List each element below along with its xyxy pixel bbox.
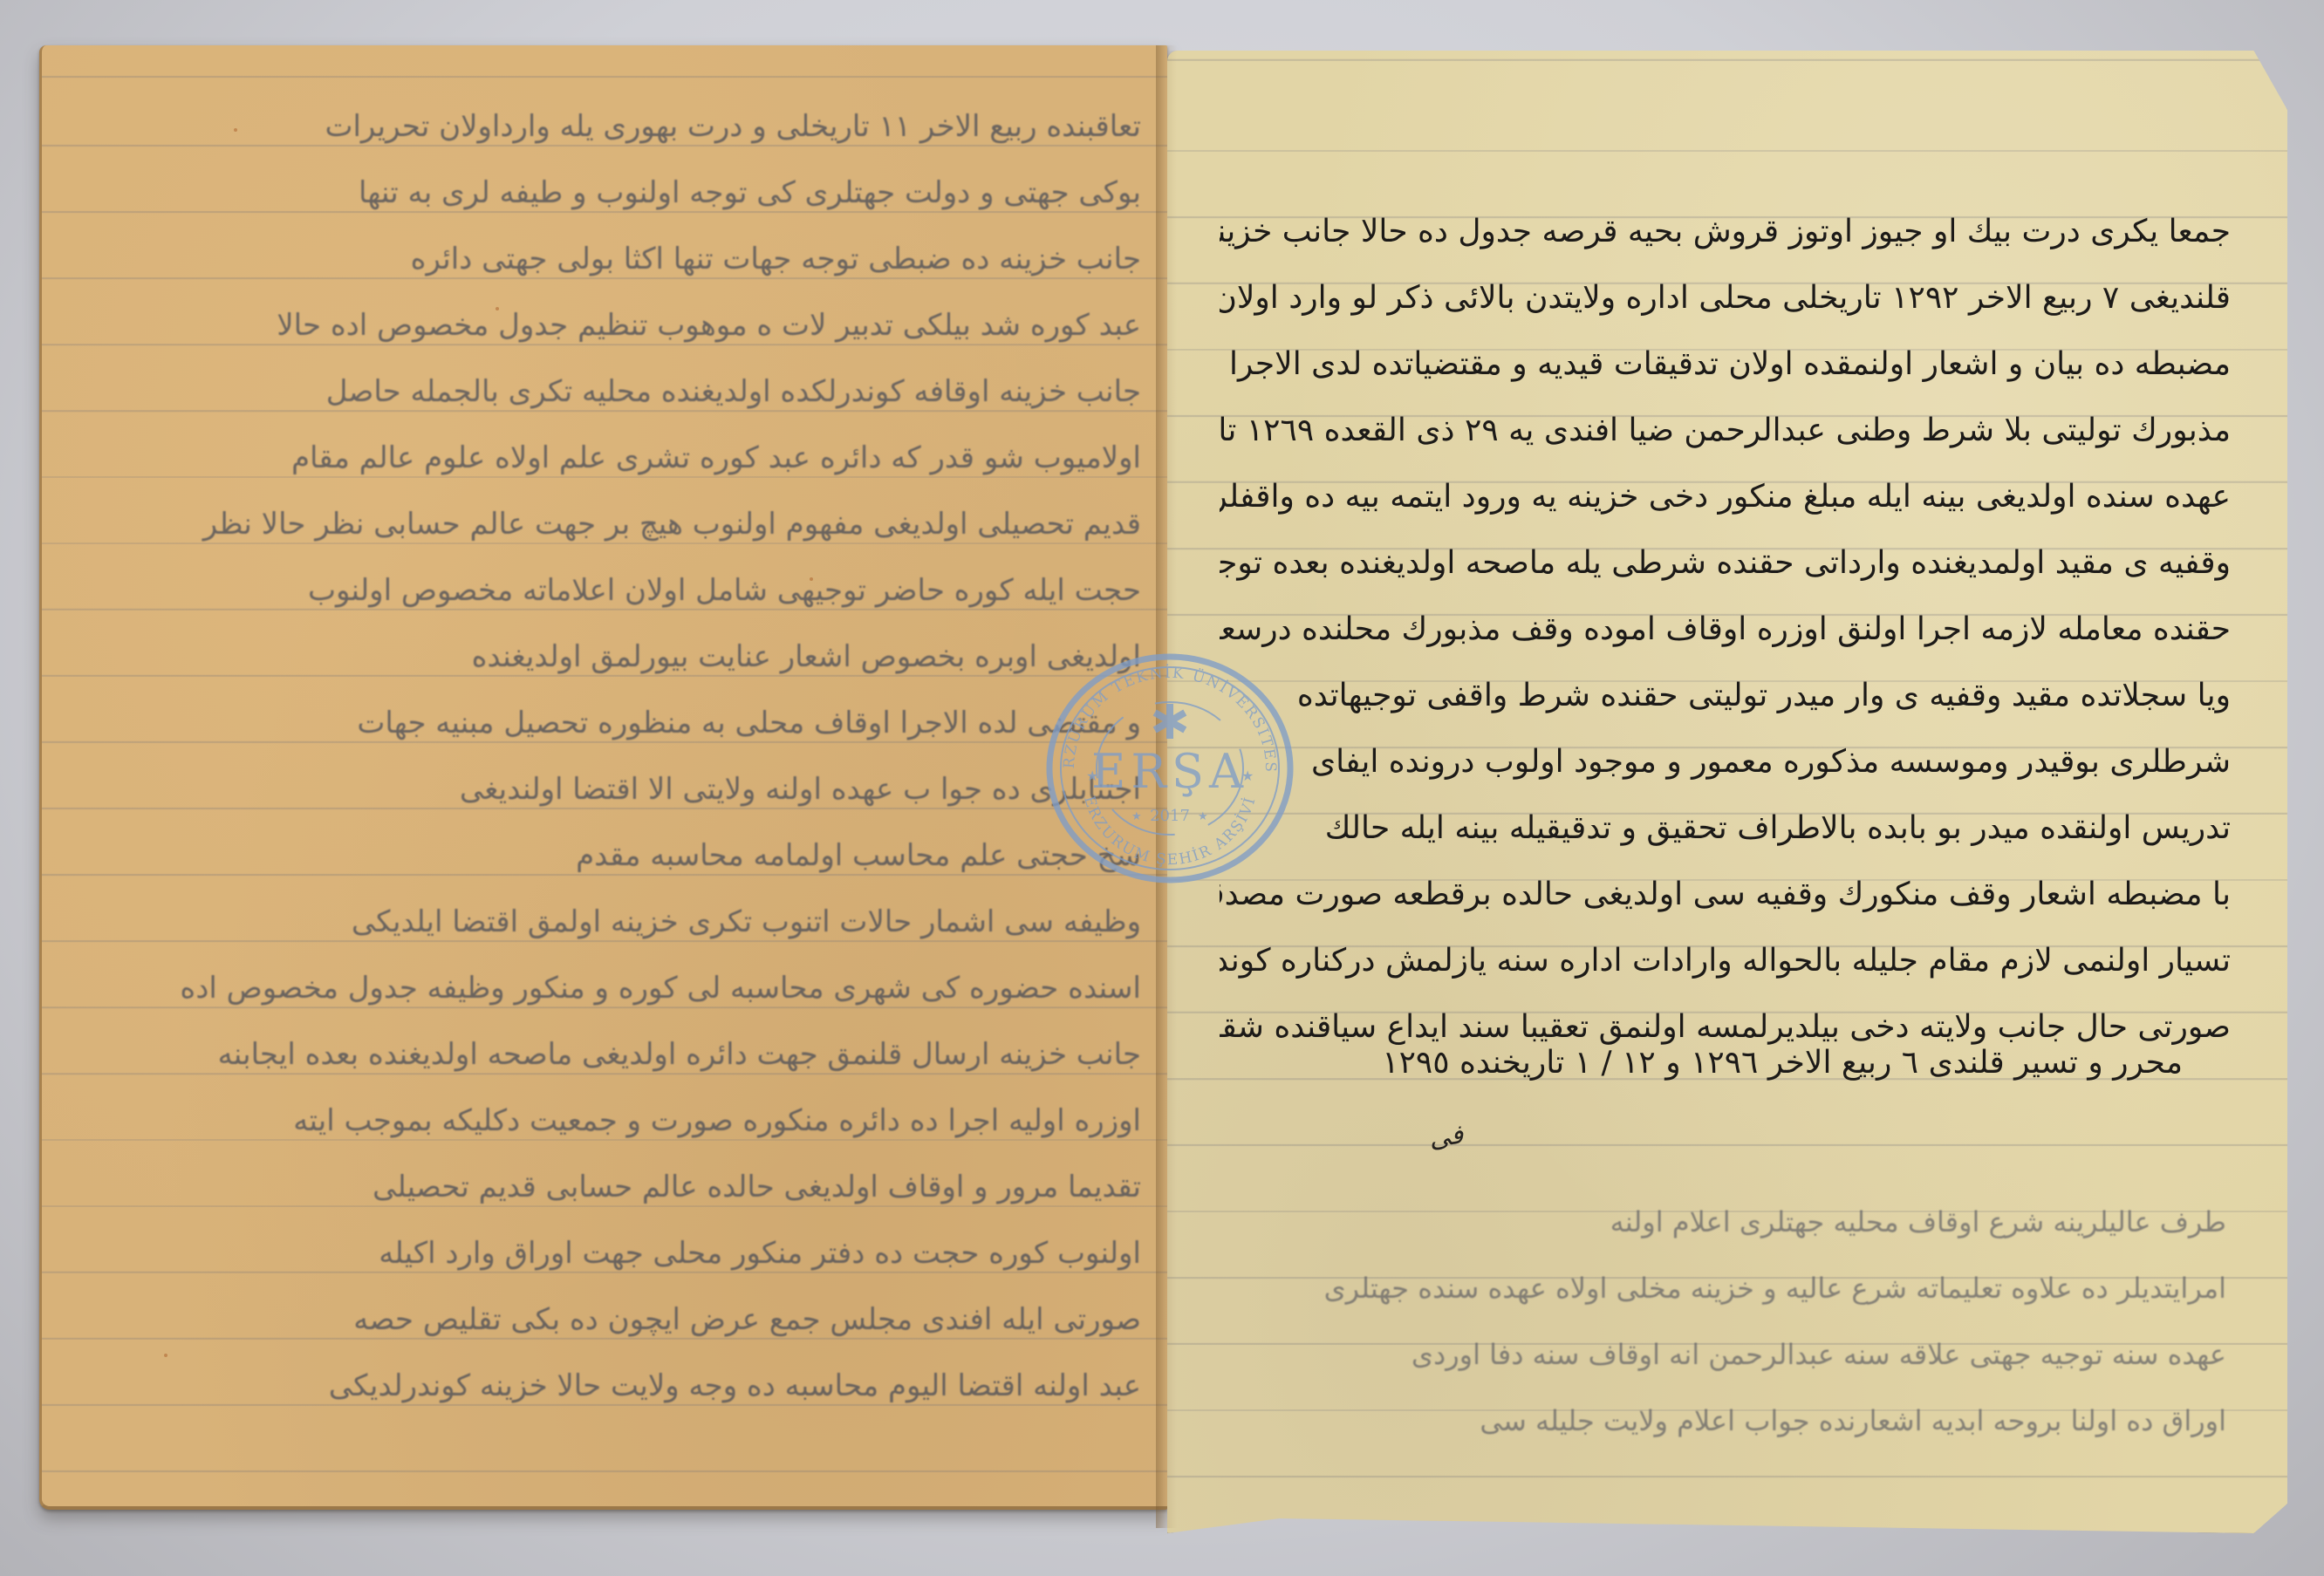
manuscript-line: عهده سنه توجیه جهتی علاقه سنه عبدالرحمن … [1215,1321,2226,1388]
manuscript-line: تقدیما مرور و اوقاف اولدیغی حالده عالم ح… [90,1154,1141,1220]
manuscript-line: ویا سجلاتده مقید وقفیه ی وار میدر تولیتی… [1220,663,2231,729]
right-page-ink-text: جمعا یکری درت بیك او جیوز اوتوز قروش بحی… [1220,199,2231,1061]
manuscript-line: اولدیغی اوبره بخصوص اشعار عنایت بیورلمق … [90,624,1141,690]
manuscript-line: اسنده حضوره کی شهری محاسبه لی کوره و منک… [90,955,1141,1021]
manuscript-line: جانب خزینه ده ضبطی توجه جهات تنها اکثا ب… [90,226,1141,292]
manuscript-line: اولنوب کوره حجت ده دفتر منکور محلی جهت ا… [90,1220,1141,1286]
manuscript-line: سخ حجتی علم محاسب اولمامه محاسبه مقدم [90,822,1141,889]
manuscript-line: حجت ایله کوره حاضر توجیهی شامل اولان اعل… [90,557,1141,624]
left-manuscript-page: تعاقبنده ربیع الاخر ١١ تاریخلی و درت بهو… [39,45,1167,1510]
manuscript-line: امرایتدیلر ده علاوه تعلیماته شرع عالیه و… [1215,1255,2226,1321]
manuscript-line: تسیار اولنمی لازم مقام جلیله بالحواله وا… [1220,928,2231,994]
manuscript-line: وقفیه ی مقید اولمدیغنده وارداتی حقنده شر… [1220,530,2231,597]
manuscript-line: شرطلری بوقیدر وموسسه مذکوره معمور و موجو… [1220,729,2231,795]
left-page-pencil-text: تعاقبنده ربیع الاخر ١١ تاریخلی و درت بهو… [90,93,1141,1419]
signature: فی [1427,1119,1466,1154]
manuscript-line: با مضبطه اشعار وقف منکورك وقفیه سی اولدی… [1220,862,2231,928]
manuscript-line: مذبورك تولیتی بلا شرط وطنی عبدالرحمن ضیا… [1220,398,2231,464]
manuscript-line: جانب خزینه اوقافه کوندرلکده اولدیغنده مح… [90,358,1141,425]
manuscript-line: اوراق ده اولنا بروحه ابدیه اشعارنده جواب… [1215,1388,2226,1454]
right-manuscript-page: جمعا یکری درت بیك او جیوز اوتوز قروش بحی… [1167,51,2287,1533]
manuscript-line: طرف عالیلرینه شرع اوقاف محلیه جهتلری اعل… [1215,1189,2226,1255]
manuscript-line: صورتی ایله افندی مجلس جمع عرض ایچون ده ب… [90,1286,1141,1353]
manuscript-line: جمعا یکری درت بیك او جیوز اوتوز قروش بحی… [1220,199,2231,265]
manuscript-line: تعاقبنده ربیع الاخر ١١ تاریخلی و درت بهو… [90,93,1141,160]
manuscript-line: وظیفه سی اشمار حالات اتنوب تکری خزینه او… [90,889,1141,955]
manuscript-line: عهده سنده اولدیغی بینه ایله مبلغ منکور د… [1220,464,2231,530]
manuscript-line: قدیم تحصیلی اولدیغی مفهوم اولنوب هیچ بر … [90,491,1141,557]
pencil-annotation: طرف عالیلرینه شرع اوقاف محلیه جهتلری اعل… [1215,1189,2226,1454]
manuscript-line: بوکی جهتی و دولت جهتلری کی توجه اولنوب و… [90,160,1141,226]
manuscript-line: تدریس اولنقده میدر بو بابده بالاطراف تحق… [1220,795,2231,862]
document-date-line: محرر و تسیر قلندی ٦ ربیع الاخر ١٢٩٦ و ١٢… [1382,1045,2183,1081]
manuscript-line: جانب خزینه ارسال قلنمق جهت دائره اولدیغی… [90,1021,1141,1088]
manuscript-line: اجتنابلری ده جوا ب عهده اولنه ولایتی الا… [90,756,1141,822]
manuscript-line: حقنده معامله لازمه اجرا اولنق اوزره اوقا… [1220,597,2231,663]
manuscript-line: اولامیوب شو قدر که دائره عبد کوره تشری ع… [90,425,1141,491]
manuscript-line: قلندیغی ٧ ربیع الاخر ١٢٩٢ تاریخلی محلی ا… [1220,265,2231,331]
manuscript-line: اوزره اولیه اجرا ده دائره منکوره صورت و … [90,1088,1141,1154]
manuscript-line: و مقتضی لده الاجرا اوقاف محلی به منظوره … [90,690,1141,756]
manuscript-line: عبد اولنه اقتضا الیوم محاسبه ده وجه ولای… [90,1353,1141,1419]
manuscript-line: مضبطه ده بیان و اشعار اولنمقده اولان تدق… [1220,331,2231,398]
manuscript-line: عبد کوره شد بیلکی تدبیر لات ه موهوب تنظی… [90,292,1141,358]
